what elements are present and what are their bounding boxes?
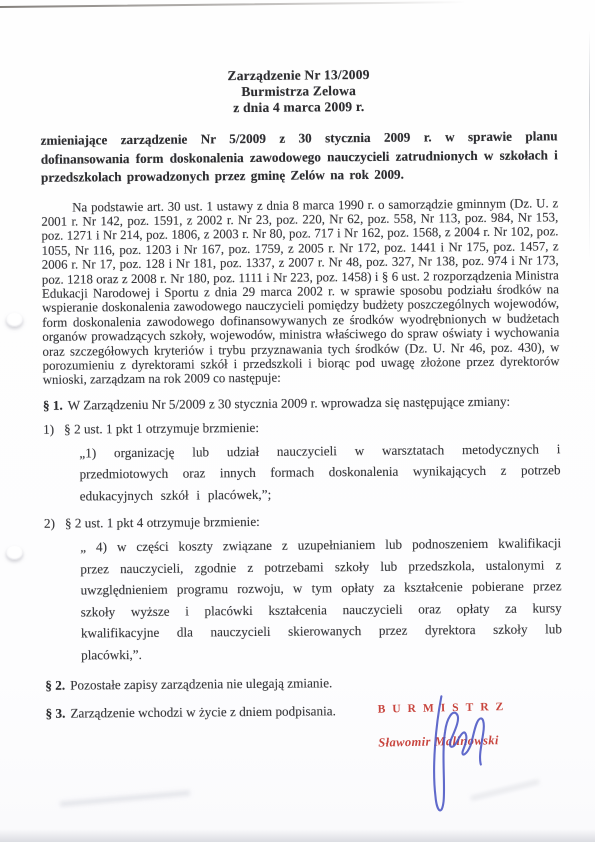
section-1-text: W Zarządzeniu Nr 5/2009 z 30 stycznia 20… bbox=[68, 393, 511, 412]
section-2-number: § 2. bbox=[45, 678, 65, 693]
item-2-heading-line: 2)§ 2 ust. 1 pkt 4 otrzymuje brzmienie: bbox=[44, 512, 561, 532]
punch-hole-bottom bbox=[6, 546, 23, 560]
scan-edge-top-artifact bbox=[0, 1, 466, 8]
section-2-paragraph: § 2.Pozostałe zapisy zarządzenia nie ule… bbox=[45, 674, 562, 694]
document-title: Zarządzenie Nr 13/2009 Burmistrza Zelowa… bbox=[40, 65, 557, 118]
scan-edge-right-artifact bbox=[589, 30, 590, 260]
section-3-text: Zarządzenie wchodzi w życie z dniem podp… bbox=[70, 704, 336, 721]
section-2-text: Pozostałe zapisy zarządzenia nie ulegają… bbox=[70, 676, 332, 693]
subject-paragraph: zmieniające zarządzenie Nr 5/2009 z 30 s… bbox=[41, 127, 558, 187]
title-line-3: z dnia 4 marca 2009 r. bbox=[40, 97, 557, 118]
section-1-number: § 1. bbox=[43, 397, 63, 412]
section-3-number: § 3. bbox=[46, 706, 66, 721]
signature-block: BURMISTRZ Sławomir Malinowski bbox=[378, 700, 539, 750]
legal-basis-paragraph: Na podstawie art. 30 ust. 1 ustawy z dni… bbox=[41, 196, 560, 388]
section-1-paragraph: § 1.W Zarządzeniu Nr 5/2009 z 30 styczni… bbox=[43, 393, 560, 413]
scanned-document-page: Zarządzenie Nr 13/2009 Burmistrza Zelowa… bbox=[0, 0, 595, 842]
item-1-marker: 1) bbox=[43, 421, 64, 436]
amendment-item-1: 1)§ 2 ust. 1 pkt 1 otrzymuje brzmienie: … bbox=[43, 417, 561, 507]
item-1-heading-line: 1)§ 2 ust. 1 pkt 1 otrzymuje brzmienie: bbox=[43, 417, 560, 437]
scan-smudge bbox=[60, 790, 190, 806]
item-1-heading: § 2 ust. 1 pkt 1 otrzymuje brzmienie: bbox=[64, 420, 259, 437]
amendment-item-2: 2)§ 2 ust. 1 pkt 4 otrzymuje brzmienie: … bbox=[44, 512, 562, 667]
document-content: Zarządzenie Nr 13/2009 Burmistrza Zelowa… bbox=[40, 65, 563, 721]
item-2-marker: 2) bbox=[44, 516, 65, 531]
item-1-quote: „1) organizację lub udział nauczycieli w… bbox=[79, 438, 561, 507]
item-2-heading: § 2 ust. 1 pkt 4 otrzymuje brzmienie: bbox=[65, 514, 260, 531]
item-2-quote: „ 4) w części koszty związane z uzupełni… bbox=[80, 533, 562, 666]
mayor-role-stamp: BURMISTRZ bbox=[378, 700, 538, 715]
signatory-name-stamp: Sławomir Malinowski bbox=[378, 732, 538, 750]
scan-smudge bbox=[471, 780, 540, 801]
scan-shadow-bottom bbox=[0, 829, 595, 842]
punch-hole-top bbox=[6, 313, 23, 327]
